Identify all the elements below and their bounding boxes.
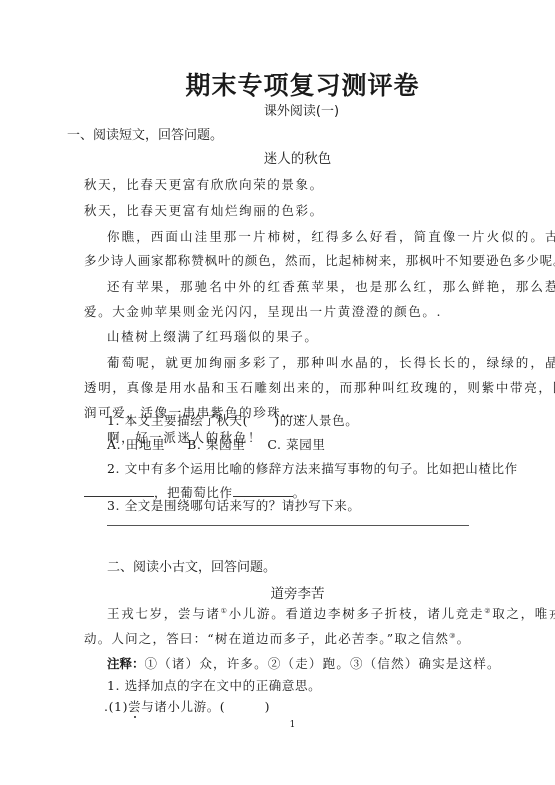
- sub-text[interactable]: 与诸小儿游。( ): [141, 699, 270, 714]
- section-1-heading: 一、阅读短文，回答问题。: [67, 124, 223, 143]
- passage-line: 爱。大金帅苹果则金光闪闪，呈现出一片黄澄澄的颜色。.: [84, 302, 442, 320]
- text: 小儿游。看道边李树多子折枝，诸儿竞走: [229, 606, 485, 621]
- passage-line: 还有苹果，那驰名中外的红香蕉苹果，也是那么红，那么鲜艳，那么惹人喜: [107, 277, 555, 295]
- passage-line: 多少诗人画家都称赞枫叶的颜色，然而，比起柿树来，那枫叶不知要逊色多少呢。: [84, 251, 555, 269]
- passage-line: 你瞧，西面山洼里那一片柿树，红得多么好看，简直像一片火似的。古今: [107, 227, 555, 245]
- page-number: 1: [0, 720, 555, 730]
- question-text: 1. 本文主要描绘了秋天( )的迷人景色。: [107, 413, 358, 428]
- page-subtitle: 课外阅读(一): [0, 100, 555, 119]
- passage-line: 动。人问之，答曰：“树在道边而多子，此必苦李。”取之信然③。: [84, 629, 470, 647]
- question-2-1-sub-1: .(1)尝与诸小儿游。( ): [104, 697, 270, 715]
- text: 。: [457, 631, 471, 646]
- text: 王戎七岁，尝与诸: [107, 606, 221, 621]
- option-a[interactable]: A. 田地里: [107, 437, 165, 452]
- option-c[interactable]: C. 菜园里: [267, 437, 325, 452]
- answer-line-q3[interactable]: [107, 525, 469, 526]
- option-b[interactable]: B. 果园里: [187, 437, 245, 452]
- dotted-char: 尝: [128, 699, 141, 714]
- notes-label: 注释：: [107, 656, 145, 671]
- question-2-1: 1. 选择加点的字在文中的正确意思。: [107, 676, 321, 694]
- passage-line: 山楂树上缀满了红玛瑙似的果子。: [107, 327, 319, 345]
- passage-line: 透明，真像是用水晶和玉石雕刻出来的，而那种叫红玫瑰的，则紫中带亮，圆: [84, 378, 555, 396]
- text: 取之，唯戎不: [492, 606, 555, 621]
- passage-2-title: 道旁李苦: [0, 582, 555, 602]
- passage-line: 王戎七岁，尝与诸①小儿游。看道边李树多子折枝，诸儿竞走②取之，唯戎不: [107, 604, 555, 622]
- passage-line: 秋天，比春天更富有欣欣向荣的景象。: [84, 175, 324, 193]
- footnote-ref: ②: [484, 607, 492, 615]
- passage-line: 秋天，比春天更富有灿烂绚丽的色彩。: [84, 201, 324, 219]
- question-1-2: 2. 文中有多个运用比喻的修辞方法来描写事物的句子。比如把山楂比作: [107, 459, 518, 477]
- text: 动。人问之，答曰：“树在道边而多子，此必苦李。”取之信然: [84, 631, 449, 646]
- footnote-ref: ①: [221, 607, 229, 615]
- notes-text: ①（诸）众，许多。②（走）跑。③（信然）确实是这样。: [145, 656, 501, 671]
- question-1-3: 3. 全文是围绕哪句话来写的？请抄写下来。: [107, 496, 361, 514]
- section-2-heading: 二、阅读小古文，回答问题。: [107, 556, 276, 575]
- passage-1-title: 迷人的秋色: [0, 147, 555, 167]
- notes: 注释：①（诸）众，许多。②（走）跑。③（信然）确实是这样。: [107, 654, 501, 672]
- passage-line: 葡萄呢，就更加绚丽多彩了，那种叫水晶的，长得长长的，绿绿的，晶莹: [107, 353, 555, 371]
- sub-number: .(1): [104, 699, 128, 714]
- question-1-1-options: A. 田地里B. 果园里C. 菜园里: [107, 435, 325, 453]
- page-title: 期末专项复习测评卷: [0, 66, 555, 102]
- footnote-ref: ③: [449, 632, 456, 640]
- question-1-1: 1. 本文主要描绘了秋天( )的迷人景色。: [107, 411, 358, 429]
